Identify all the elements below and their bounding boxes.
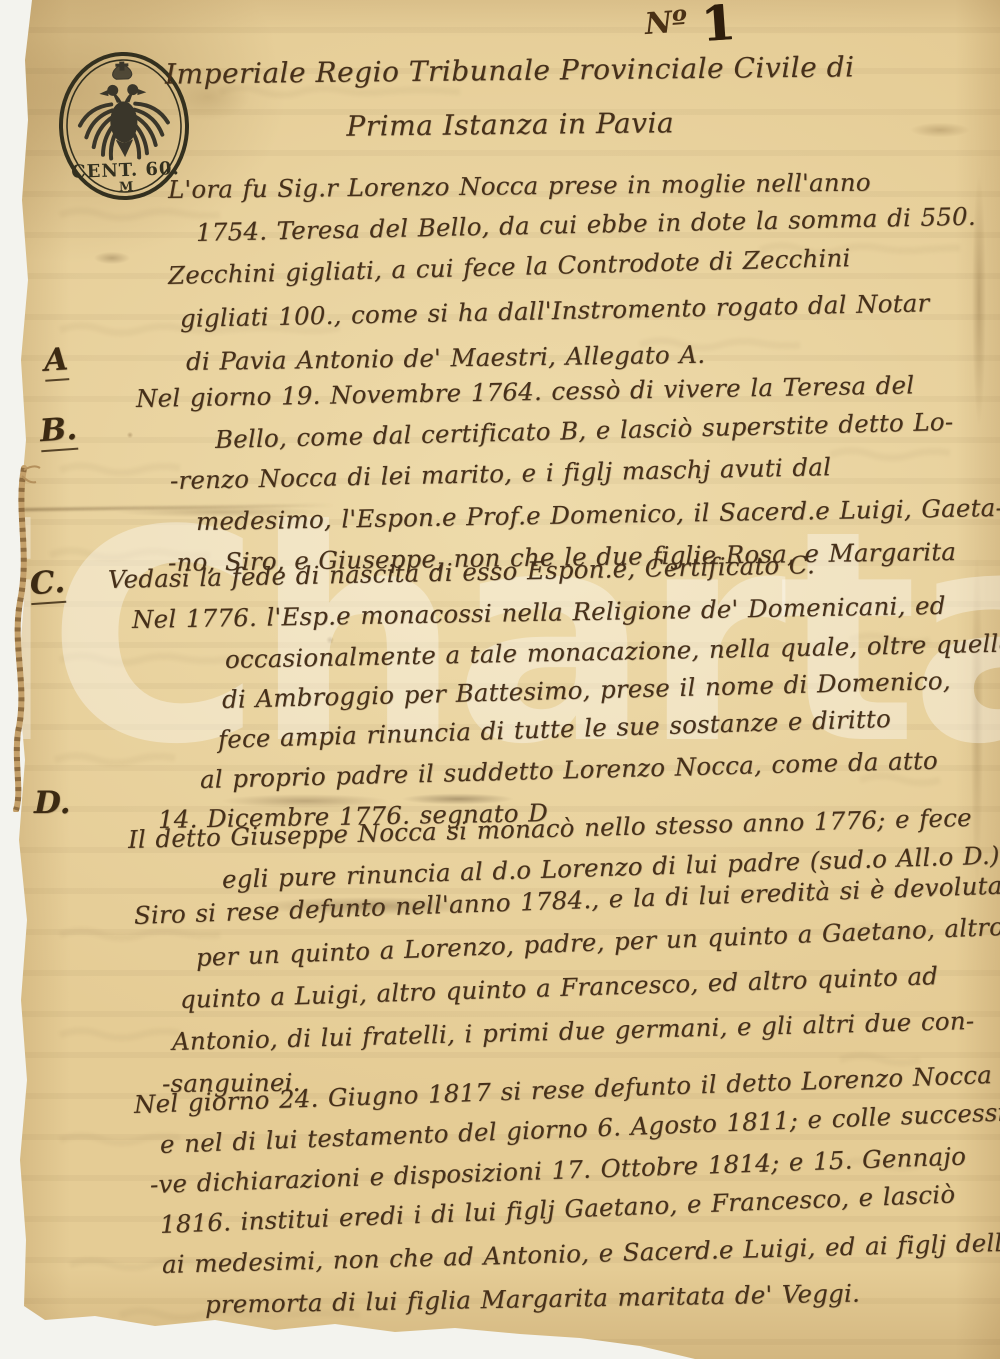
title-line-2: Prima Istanza in Pavia: [150, 94, 871, 156]
title-line-1: Imperiale Regio Tribunale Provinciale Ci…: [149, 40, 870, 102]
manuscript-page: iCharta Nº 1: [0, 0, 1000, 1359]
scanned-manuscript: iCharta Nº 1: [0, 0, 1000, 1359]
paragraph-lorenzo-death-1817: Nel giorno 24. Giugno 1817 si rese defun…: [0, 1085, 1000, 1325]
binding-cord: [2, 462, 44, 812]
document-title: Imperiale Regio Tribunale Provinciale Ci…: [149, 40, 870, 156]
page-number-value: 1: [700, 1, 736, 47]
page-number-label: Nº: [644, 4, 689, 42]
paragraph-dowry-1754: L'ora fu Sig.r Lorenzo Nocca prese in mo…: [0, 168, 1000, 383]
